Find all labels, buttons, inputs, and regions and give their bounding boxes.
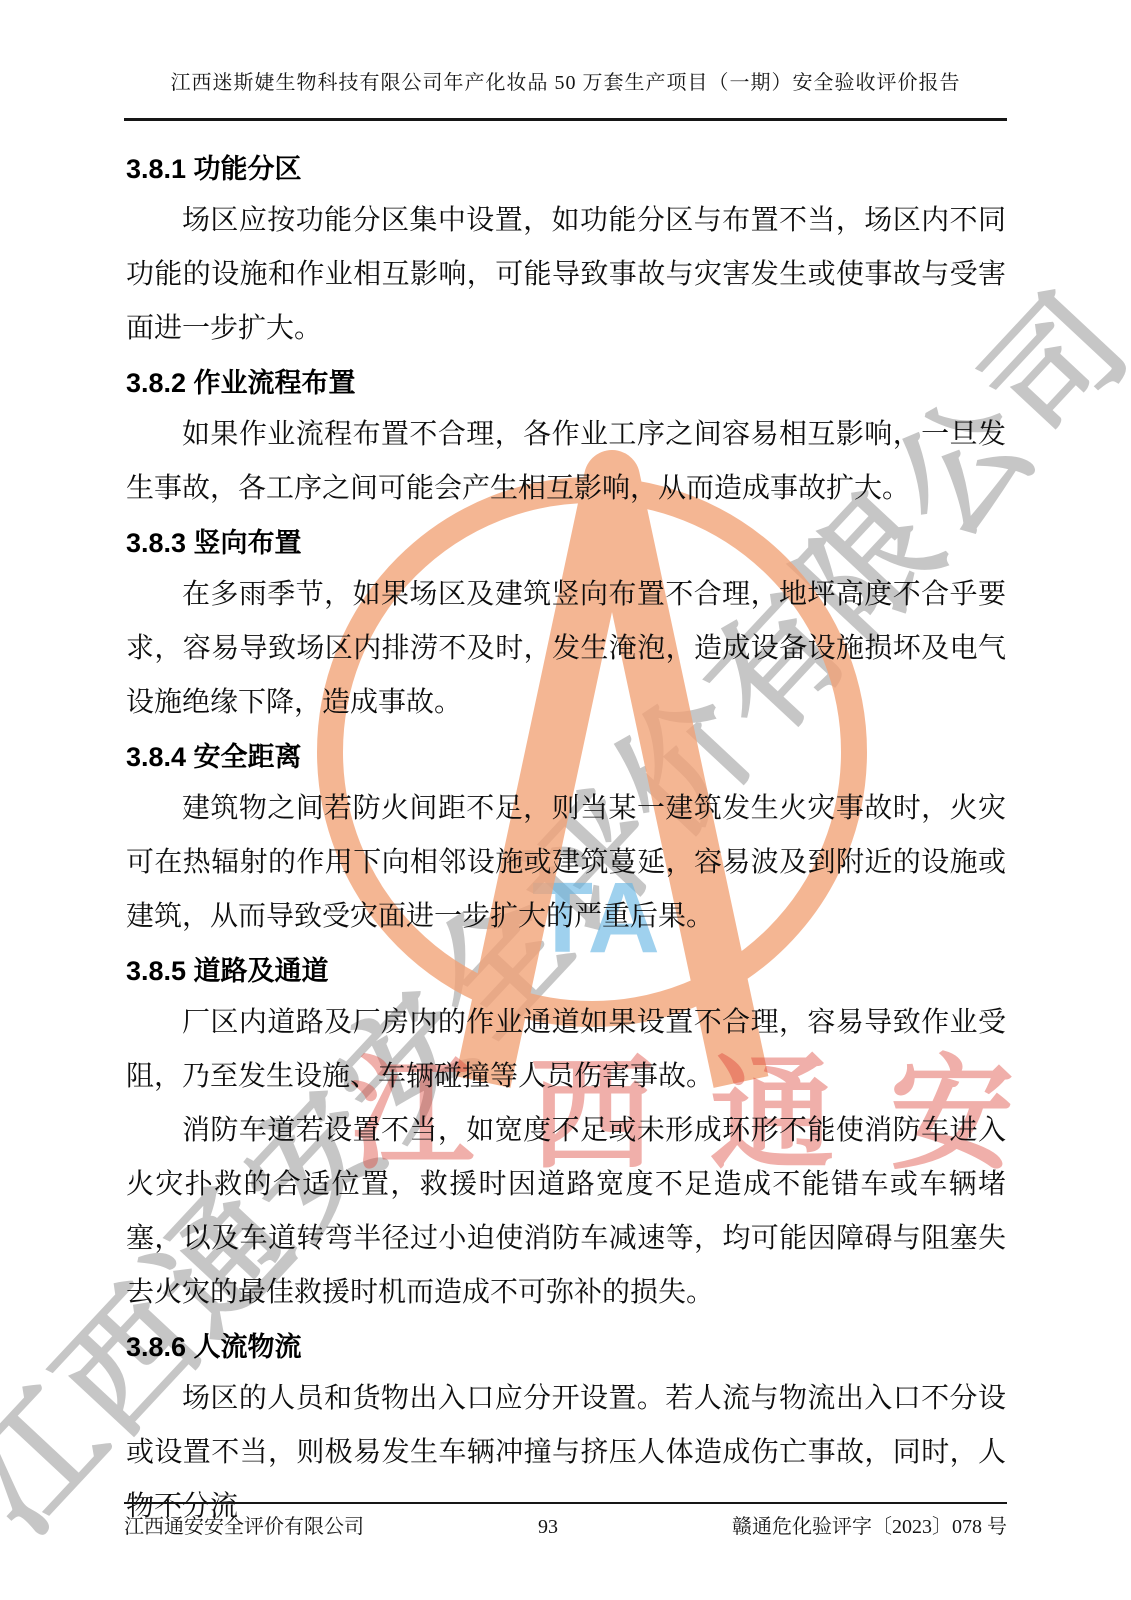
footer-page-number: 93 <box>538 1516 558 1539</box>
page-header-title: 江西迷斯婕生物科技有限公司年产化妆品 50 万套生产项目（一期）安全验收评价报告 <box>0 66 1131 95</box>
section-heading: 3.8.5 道路及通道 <box>126 953 1006 989</box>
header-rule <box>124 118 1007 121</box>
footer-rule <box>124 1502 1007 1504</box>
section-heading: 3.8.6 人流物流 <box>126 1329 1006 1365</box>
section-3-8-1: 3.8.1 功能分区 场区应按功能分区集中设置，如功能分区与布置不当，场区内不同… <box>126 151 1006 356</box>
section-paragraph: 建筑物之间若防火间距不足，则当某一建筑发生火灾事故时，火灾可在热辐射的作用下向相… <box>126 782 1006 944</box>
section-paragraph: 厂区内道路及厂房内的作业通道如果设置不合理，容易导致作业受阻，乃至发生设施、车辆… <box>126 996 1006 1104</box>
section-paragraph: 场区应按功能分区集中设置，如功能分区与布置不当，场区内不同功能的设施和作业相互影… <box>126 194 1006 356</box>
section-3-8-5: 3.8.5 道路及通道 厂区内道路及厂房内的作业通道如果设置不合理，容易导致作业… <box>126 953 1006 1320</box>
document-page: 江西通安安全评价有限公司 TA 江西通安 江西迷斯婕生物科技有限公司年产化妆品 … <box>0 0 1131 1600</box>
section-3-8-2: 3.8.2 作业流程布置 如果作业流程布置不合理，各作业工序之间容易相互影响，一… <box>126 365 1006 516</box>
section-3-8-3: 3.8.3 竖向布置 在多雨季节，如果场区及建筑竖向布置不合理，地坪高度不合乎要… <box>126 525 1006 730</box>
page-footer: 江西通安安全评价有限公司 93 赣通危化验评字〔2023〕078 号 <box>124 1510 1007 1539</box>
section-heading: 3.8.1 功能分区 <box>126 151 1006 187</box>
footer-company-name: 江西通安安全评价有限公司 <box>124 1510 364 1539</box>
section-paragraph: 如果作业流程布置不合理，各作业工序之间容易相互影响，一旦发生事故，各工序之间可能… <box>126 408 1006 516</box>
section-paragraph: 在多雨季节，如果场区及建筑竖向布置不合理，地坪高度不合乎要求，容易导致场区内排涝… <box>126 568 1006 730</box>
document-body: 3.8.1 功能分区 场区应按功能分区集中设置，如功能分区与布置不当，场区内不同… <box>126 142 1006 1534</box>
section-heading: 3.8.3 竖向布置 <box>126 525 1006 561</box>
section-heading: 3.8.4 安全距离 <box>126 739 1006 775</box>
section-heading: 3.8.2 作业流程布置 <box>126 365 1006 401</box>
footer-doc-number: 赣通危化验评字〔2023〕078 号 <box>732 1510 1007 1539</box>
section-paragraph: 消防车道若设置不当，如宽度不足或未形成环形不能使消防车进入火灾扑救的合适位置，救… <box>126 1104 1006 1320</box>
section-3-8-4: 3.8.4 安全距离 建筑物之间若防火间距不足，则当某一建筑发生火灾事故时，火灾… <box>126 739 1006 944</box>
